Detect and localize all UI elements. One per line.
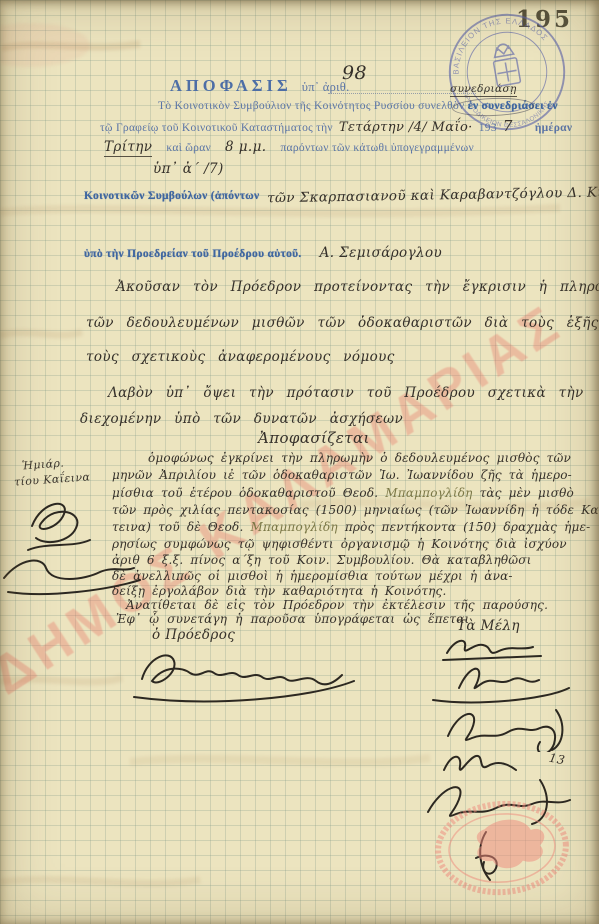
handwritten-absent-members: τῶν Σκαρπασιανοῦ καὶ Καραβαντζόγλου Δ. Κ…: [267, 184, 599, 207]
decision-title: ΑΠΟΦΑΣΙΣ: [170, 76, 292, 96]
hw-body-line: τοὺς σχετικοὺς ἀναφερομένους νόμους: [86, 349, 395, 365]
decision-verb-heading: Ἀποφασίζεται: [258, 429, 370, 447]
crown-cross-icon: [491, 42, 521, 86]
member-signature-2: [425, 658, 575, 706]
handwritten-date: Τετάρτην /4/ Μαΐο·: [339, 120, 473, 135]
oval-red-stamp: [427, 791, 579, 906]
hw-body-line: τῶν δεδουλευμένων μισθῶν τῶν ὁδοκαθαριστ…: [86, 315, 599, 331]
handwritten-year-digit: 7: [503, 117, 513, 135]
handwritten-count-note: ὑπ᾽ ἀ΄ /7): [153, 161, 224, 177]
decision-line: δὲ ἀνελλιπῶς οἱ μισθοὶ ἡ ἡμερομίσθια τού…: [112, 569, 513, 583]
stamp-emblem: [475, 817, 546, 870]
svg-text:ΒΑΣΙΛΕΙΟΝ ΤΗΣ ΕΛΛΑΔΟΣ: ΒΑΣΙΛΕΙΟΝ ΤΗΣ ΕΛΛΑΔΟΣ: [443, 9, 554, 76]
handwritten-day: Τρίτην: [104, 139, 152, 157]
handwritten-president-name: Α. Σεμισάρογλου: [320, 245, 443, 261]
decision-line: μηνῶν Ἀπριλίου ιἐ τῶν ὁδοκαθαριστῶν Ἰω. …: [112, 468, 572, 482]
decision-line: μίσθια τοῦ ἑτέρου ὁδοκαθαριστοῦ Θεοδ. Μπ…: [112, 486, 574, 500]
role-members-label: Τὰ Μέλη: [457, 618, 520, 634]
stamp-top-text: ΒΑΣΙΛΕΙΟΝ ΤΗΣ ΕΛΛΑΔΟΣ: [443, 9, 554, 76]
hw-body-line: Ἀκοῦσαν τὸν Πρόεδρον προτείνοντας τὴν ἔγ…: [116, 279, 599, 295]
handwritten-correction: συνεδριάσῃ: [450, 83, 517, 97]
printed-line-4: Κοινοτικῶν Συμβούλων (ἀπόντων τῶν Σκαρπα…: [84, 187, 599, 203]
decision-heading: ΑΠΟΦΑΣΙΣ ὑπ᾽ ἀριθ.: [170, 76, 350, 96]
hw-body-line: Λαβὸν ὑπ᾽ ὄψει τὴν πρότασιν τοῦ Προέδρου…: [108, 385, 584, 401]
decision-line: τῶν πρὸς χιλίας πεντακοσίας (1500) μηνια…: [112, 503, 599, 517]
decision-number-value: 98: [342, 62, 367, 84]
scanned-document-page: ΔΗΜΟΣ ΚΑΛΑΜΑΡΙΑΣ 195 ΒΑΣΙΛΕΙΟΝ ΤΗΣ ΕΛΛΑΔ…: [0, 0, 599, 924]
president-signature: [128, 641, 363, 713]
decision-line: ρησίως συμφώνως τῷ ψηφισθέντι ὀργανισμῷ …: [112, 537, 567, 551]
signature-note: 13: [548, 751, 566, 768]
margin-note-line-1: Ἡμιάρ.: [22, 457, 65, 473]
printed-line-2: τῷ Γραφείῳ τοῦ Κοινοτικοῦ Καταστήματος τ…: [100, 117, 572, 135]
margin-note-line-2: τίου Καΐεινα: [14, 470, 91, 488]
closing-line-1: Ἀνατίθεται δὲ εἰς τὸν Πρόεδρον τὴν ἐκτέλ…: [126, 598, 548, 612]
day-label: ἡμέραν: [535, 122, 572, 134]
decision-line: τεινα) τοῦ δὲ Θεοδ. Μπαμπογλίδη πρὸς πεν…: [112, 520, 590, 534]
decision-line: δείξῃ ἐργολάβον διὰ τὴν καθαριότητα ἡ Κο…: [112, 584, 447, 598]
printed-line-5: ὑπὸ τὴν Προεδρείαν τοῦ Προέδρου αὐτοῦ. Α…: [84, 245, 442, 261]
decision-line: ἀριθ 6 ξ.ξ. πίνος α΄ξη τοῦ Κοιν. Συμβουλ…: [112, 553, 532, 567]
printed-line-3: Τρίτην καὶ ὥραν 8 μ.μ. παρόντων τῶν κάτω…: [104, 139, 474, 157]
handwritten-hour: 8 μ.μ.: [225, 139, 266, 155]
margin-signature-2: [0, 548, 148, 603]
closing-line-2: Ἐφ᾽ ᾧ συνετάγη ἡ παροῦσα ὑπογράφεται ὡς …: [116, 612, 469, 626]
hw-body-line: διεχομένην ὑπὸ τῶν δυνατῶν ἀσχήσεων: [80, 411, 403, 427]
decision-line: ὁμοφώνως ἐγκρίνει τὴν πληρωμὴν ὁ δεδουλε…: [148, 451, 571, 465]
